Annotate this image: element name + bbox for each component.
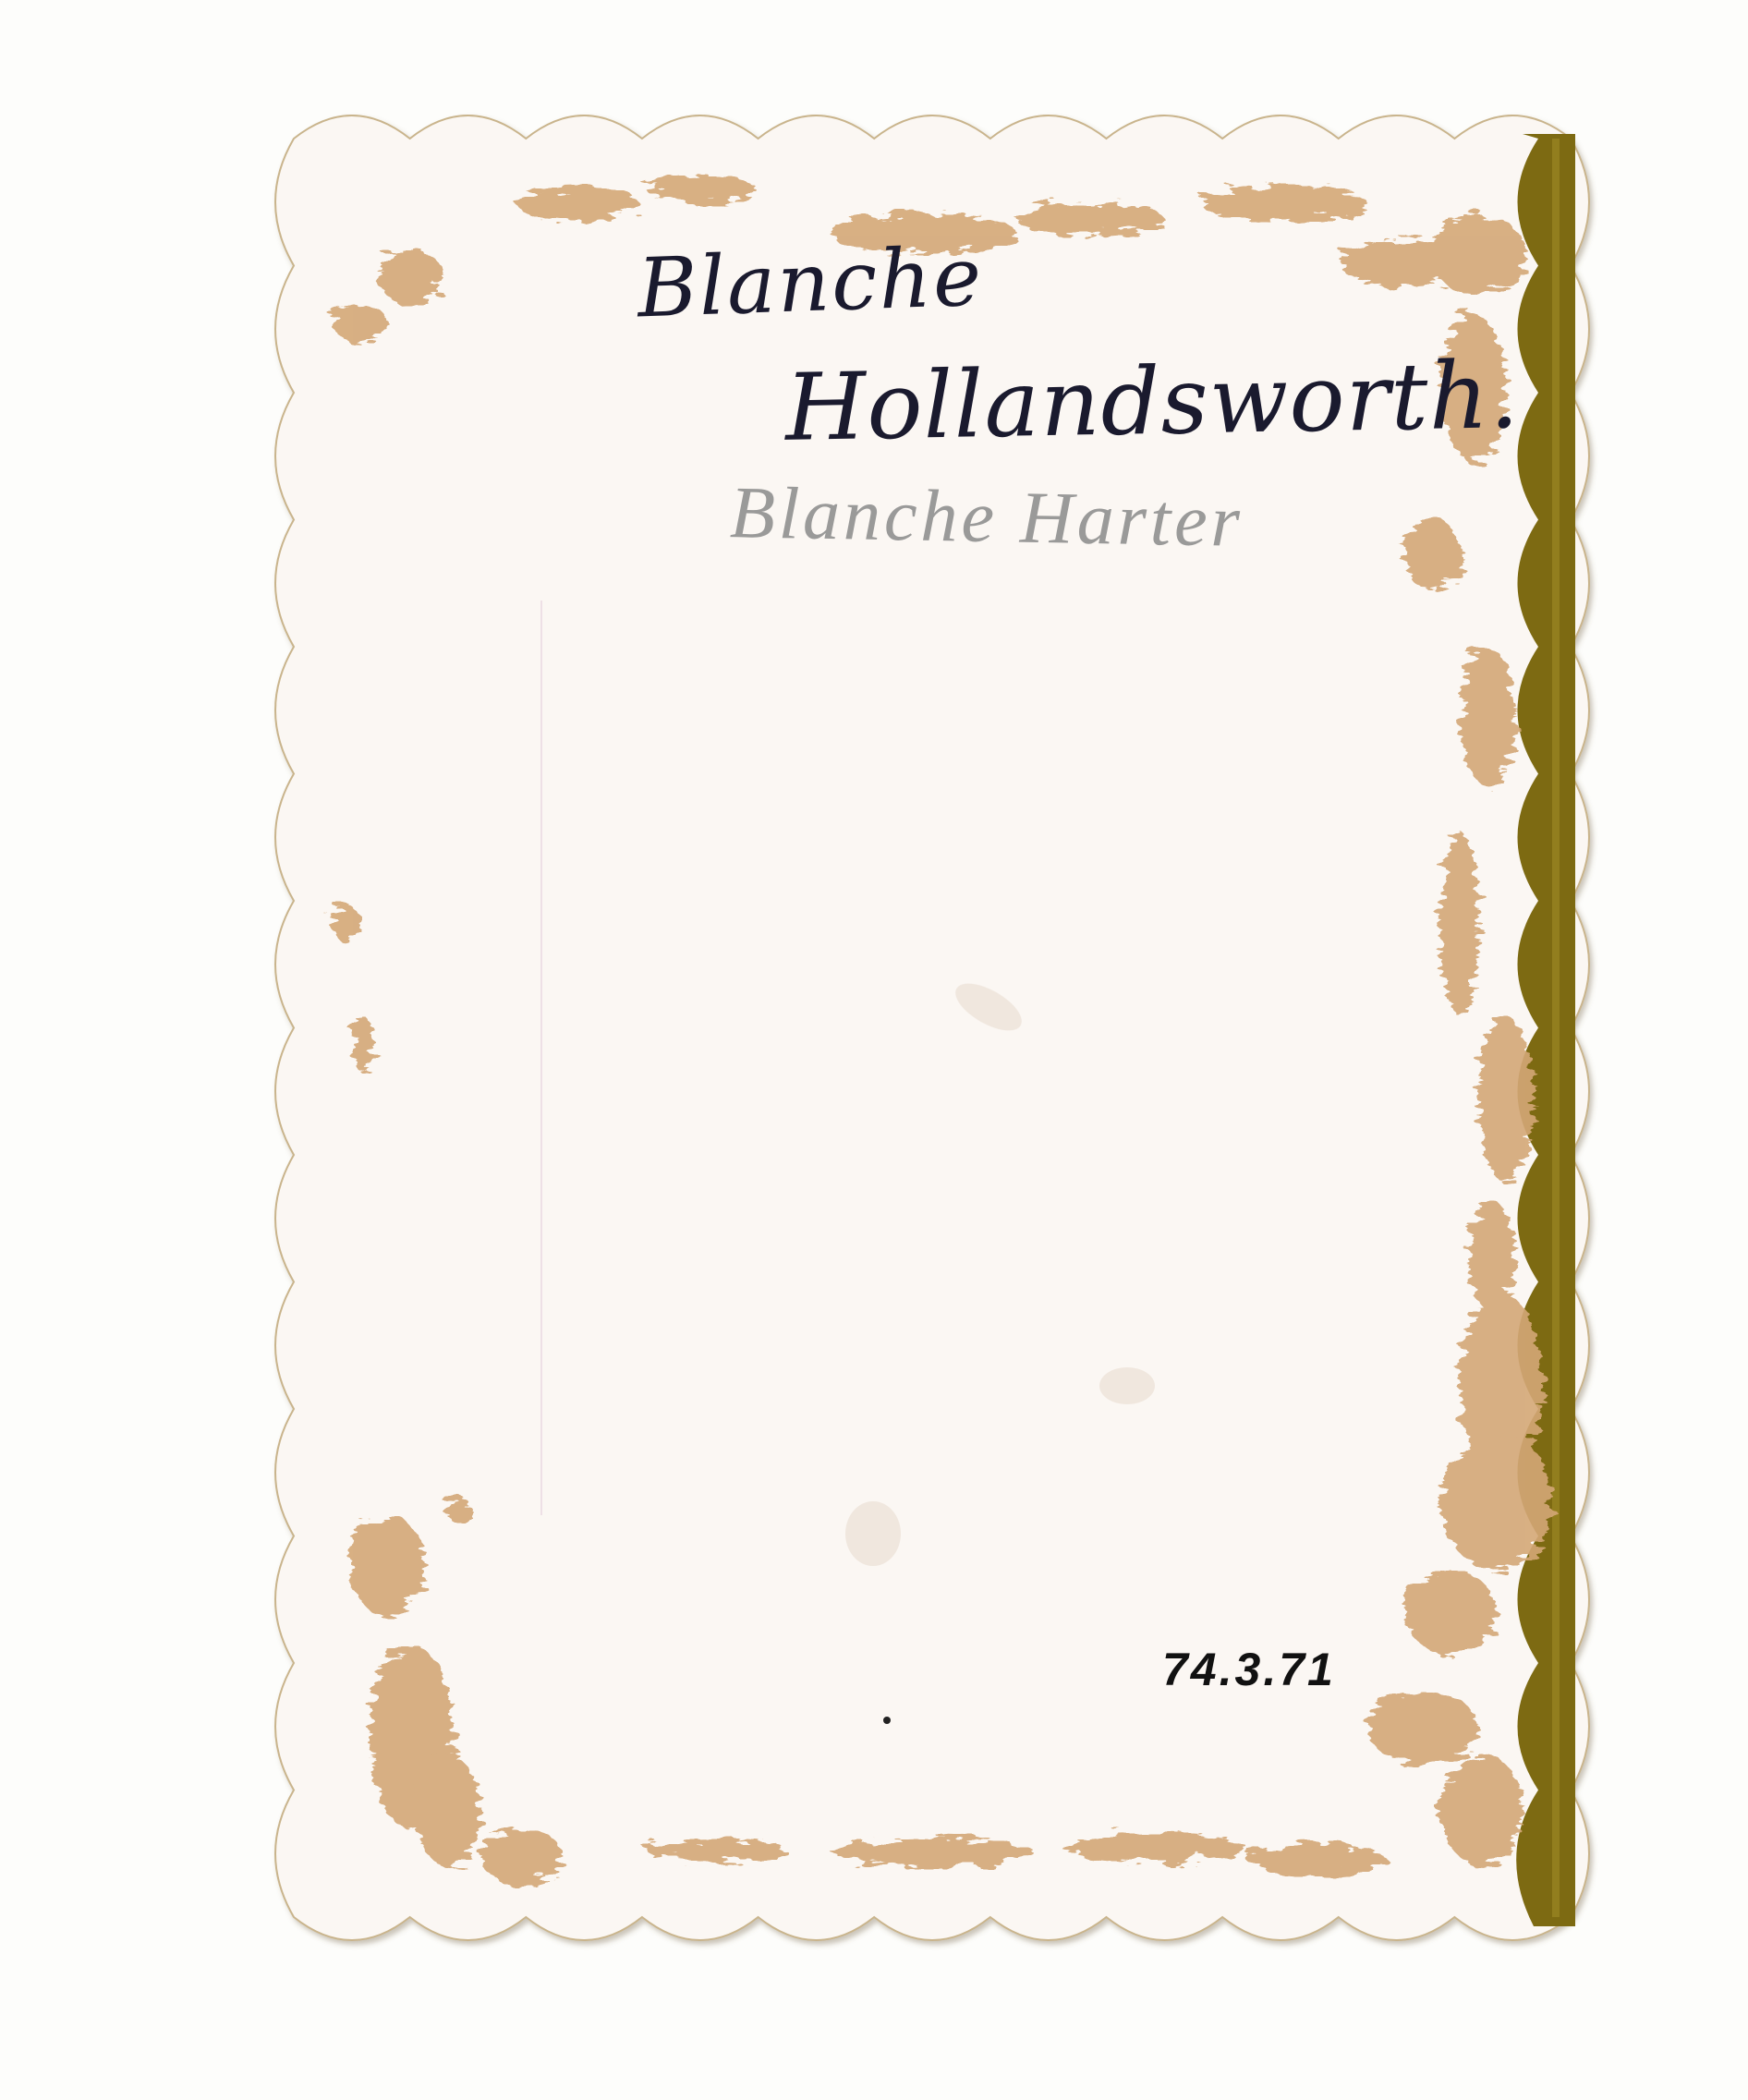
ink-inscription-first-name: Blanche xyxy=(637,237,985,330)
pencil-inscription: Blanche Harter xyxy=(729,476,1244,559)
ink-dot xyxy=(883,1717,891,1724)
catalog-number: 74.3.71 xyxy=(1162,1646,1336,1693)
faint-frame-line xyxy=(540,601,542,1515)
ink-inscription-last-name: Hollandsworth. xyxy=(784,349,1520,455)
